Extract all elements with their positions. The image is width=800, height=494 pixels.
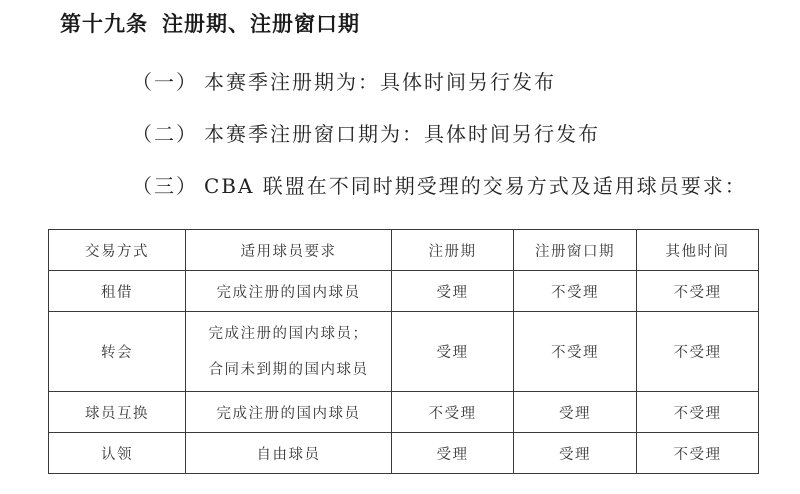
table-row: 球员互换 完成注册的国内球员 不受理 受理 不受理 bbox=[49, 392, 759, 433]
table-row: 转会 完成注册的国内球员； 合同未到期的国内球员 受理 不受理 不受理 bbox=[49, 312, 759, 392]
requirement-cell: 完成注册的国内球员； 合同未到期的国内球员 bbox=[186, 312, 392, 392]
type-cell: 认领 bbox=[49, 433, 186, 474]
other-cell: 不受理 bbox=[637, 392, 759, 433]
paragraph-2: （二）本赛季注册窗口期为：具体时间另行发布 bbox=[132, 118, 600, 147]
requirement-line: 合同未到期的国内球员 bbox=[186, 352, 391, 388]
window-cell: 受理 bbox=[514, 392, 637, 433]
window-cell: 不受理 bbox=[514, 271, 637, 312]
header-cell: 交易方式 bbox=[49, 230, 186, 271]
header-cell: 其他时间 bbox=[637, 230, 759, 271]
transaction-table: 交易方式 适用球员要求 注册期 注册窗口期 其他时间 租借 完成注册的国内球员 … bbox=[48, 229, 759, 474]
other-cell: 不受理 bbox=[637, 271, 759, 312]
table-row: 认领 自由球员 受理 受理 不受理 bbox=[49, 433, 759, 474]
header-cell: 注册期 bbox=[392, 230, 514, 271]
registration-cell: 受理 bbox=[392, 271, 514, 312]
paragraph-3: （三）CBA 联盟在不同时期受理的交易方式及适用球员要求： bbox=[132, 170, 747, 199]
header-cell: 注册窗口期 bbox=[514, 230, 637, 271]
article-title: 注册期、注册窗口期 bbox=[162, 12, 360, 36]
registration-cell: 受理 bbox=[392, 312, 514, 392]
requirement-line: 完成注册的国内球员； bbox=[186, 316, 391, 352]
other-cell: 不受理 bbox=[637, 312, 759, 392]
paragraph-text: 本赛季注册窗口期为：具体时间另行发布 bbox=[204, 122, 600, 146]
table-row: 租借 完成注册的国内球员 受理 不受理 不受理 bbox=[49, 271, 759, 312]
registration-cell: 受理 bbox=[392, 433, 514, 474]
paragraph-number: （一） bbox=[132, 66, 204, 95]
other-cell: 不受理 bbox=[637, 433, 759, 474]
type-cell: 租借 bbox=[49, 271, 186, 312]
header-cell: 适用球员要求 bbox=[186, 230, 392, 271]
requirement-cell: 自由球员 bbox=[186, 433, 392, 474]
requirement-cell: 完成注册的国内球员 bbox=[186, 271, 392, 312]
registration-cell: 不受理 bbox=[392, 392, 514, 433]
article-heading: 第十九条注册期、注册窗口期 bbox=[60, 8, 360, 38]
paragraph-number: （二） bbox=[132, 118, 204, 147]
type-cell: 转会 bbox=[49, 312, 186, 392]
requirement-cell: 完成注册的国内球员 bbox=[186, 392, 392, 433]
type-cell: 球员互换 bbox=[49, 392, 186, 433]
paragraph-text: CBA 联盟在不同时期受理的交易方式及适用球员要求： bbox=[204, 174, 747, 198]
paragraph-1: （一）本赛季注册期为：具体时间另行发布 bbox=[132, 66, 556, 95]
window-cell: 受理 bbox=[514, 433, 637, 474]
window-cell: 不受理 bbox=[514, 312, 637, 392]
paragraph-text: 本赛季注册期为：具体时间另行发布 bbox=[204, 70, 556, 94]
article-number: 第十九条 bbox=[60, 12, 148, 36]
table-header-row: 交易方式 适用球员要求 注册期 注册窗口期 其他时间 bbox=[49, 230, 759, 271]
paragraph-number: （三） bbox=[132, 170, 204, 199]
